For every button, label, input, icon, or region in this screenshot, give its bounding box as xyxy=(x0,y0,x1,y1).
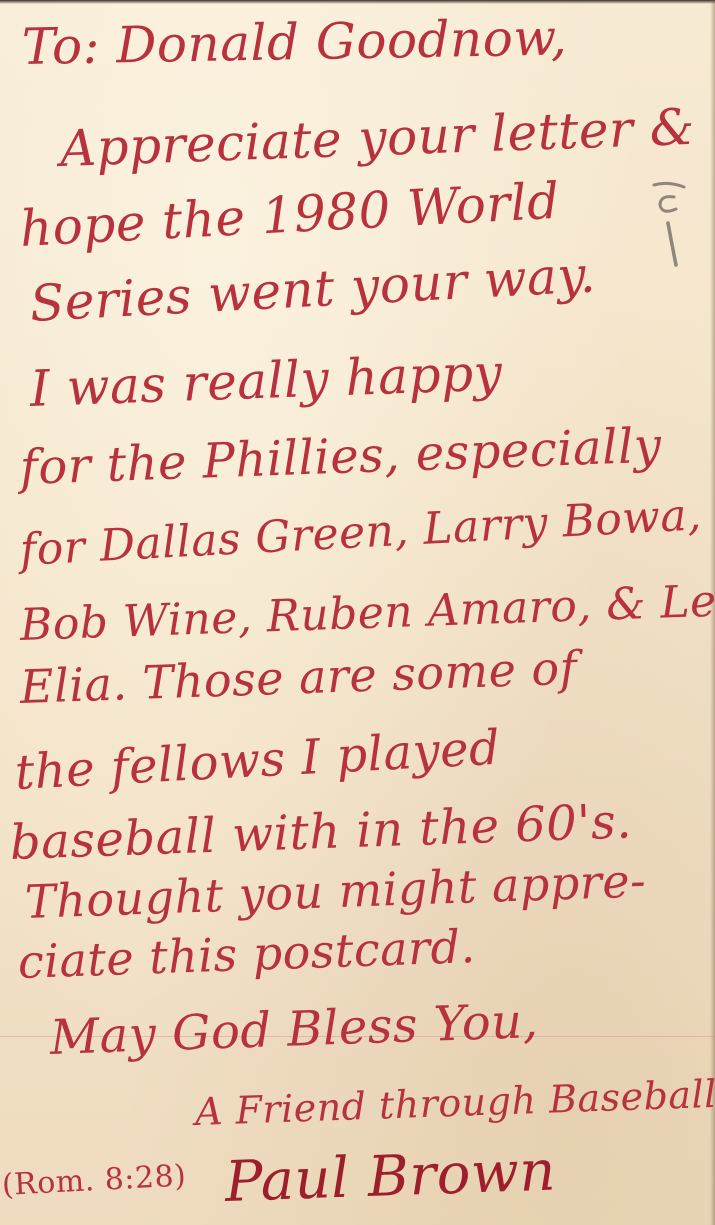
signature: Paul Brown xyxy=(224,1138,557,1215)
body-line: the fellows I played xyxy=(14,720,502,801)
closing-blessing: May God Bless You, xyxy=(49,993,539,1066)
verse-reference: (Rom. 8:28) xyxy=(1,1158,187,1203)
pencil-margin-mark-icon xyxy=(650,175,690,270)
body-line: for Dallas Green, Larry Bowa, xyxy=(19,489,703,576)
body-line: Series went your way. xyxy=(28,245,597,333)
body-line: hope the 1980 World xyxy=(18,172,561,258)
body-line: Bob Wine, Ruben Amaro, & Lee xyxy=(19,575,715,651)
sign-off: A Friend through Baseball, xyxy=(194,1071,715,1134)
card-top-edge xyxy=(0,0,715,4)
postcard-back: To: Donald Goodnow, Appreciate your lett… xyxy=(0,0,715,1225)
body-line: Elia. Those are some of xyxy=(19,641,578,714)
body-line: I was really happy xyxy=(29,344,503,418)
body-line: for the Phillies, especially xyxy=(19,418,662,496)
body-line: ciate this postcard. xyxy=(17,919,476,989)
greeting: To: Donald Goodnow, xyxy=(21,8,567,76)
body-line: Appreciate your letter & xyxy=(59,98,696,178)
